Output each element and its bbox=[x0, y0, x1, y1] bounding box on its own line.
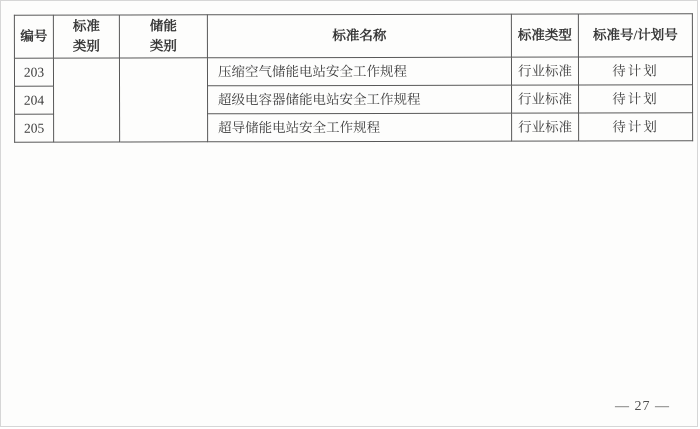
cell-standard-name: 超导储能电站安全工作规程 bbox=[208, 113, 512, 142]
cell-id: 203 bbox=[14, 58, 53, 86]
cell-id: 205 bbox=[15, 114, 54, 142]
header-standard-name: 标准名称 bbox=[207, 14, 511, 58]
standards-table: 编号 标准类别 储能类别 标准名称 标准类型 标准号/计划号 203 压缩空气储… bbox=[14, 13, 693, 142]
header-std-category-label: 标准类别 bbox=[72, 17, 101, 56]
cell-plan-no: 待计划 bbox=[579, 113, 693, 141]
cell-standard-type: 行业标准 bbox=[511, 57, 578, 85]
cell-standard-name: 压缩空气储能电站安全工作规程 bbox=[207, 57, 511, 86]
cell-plan-no: 待计划 bbox=[578, 57, 692, 85]
table-row: 203 压缩空气储能电站安全工作规程 行业标准 待计划 bbox=[14, 57, 692, 86]
cell-standard-type: 行业标准 bbox=[512, 113, 579, 141]
header-storage-category-label: 储能类别 bbox=[149, 17, 178, 56]
header-row: 编号 标准类别 储能类别 标准名称 标准类型 标准号/计划号 bbox=[14, 14, 692, 58]
cell-standard-type: 行业标准 bbox=[512, 85, 579, 113]
scanned-document-page: 编号 标准类别 储能类别 标准名称 标准类型 标准号/计划号 203 压缩空气储… bbox=[0, 0, 698, 427]
header-storage-category: 储能类别 bbox=[119, 15, 207, 58]
header-standard-type: 标准类型 bbox=[511, 14, 578, 57]
header-standard-no: 标准号/计划号 bbox=[578, 14, 692, 57]
cell-storage-category-merged bbox=[119, 58, 207, 142]
header-id: 编号 bbox=[14, 15, 53, 58]
cell-std-category-merged bbox=[53, 58, 119, 142]
cell-plan-no: 待计划 bbox=[579, 85, 693, 113]
header-std-category: 标准类别 bbox=[53, 15, 119, 58]
cell-standard-name: 超级电容器储能电站安全工作规程 bbox=[208, 85, 512, 114]
cell-id: 204 bbox=[15, 86, 54, 114]
page-number: — 27 — bbox=[615, 399, 670, 415]
